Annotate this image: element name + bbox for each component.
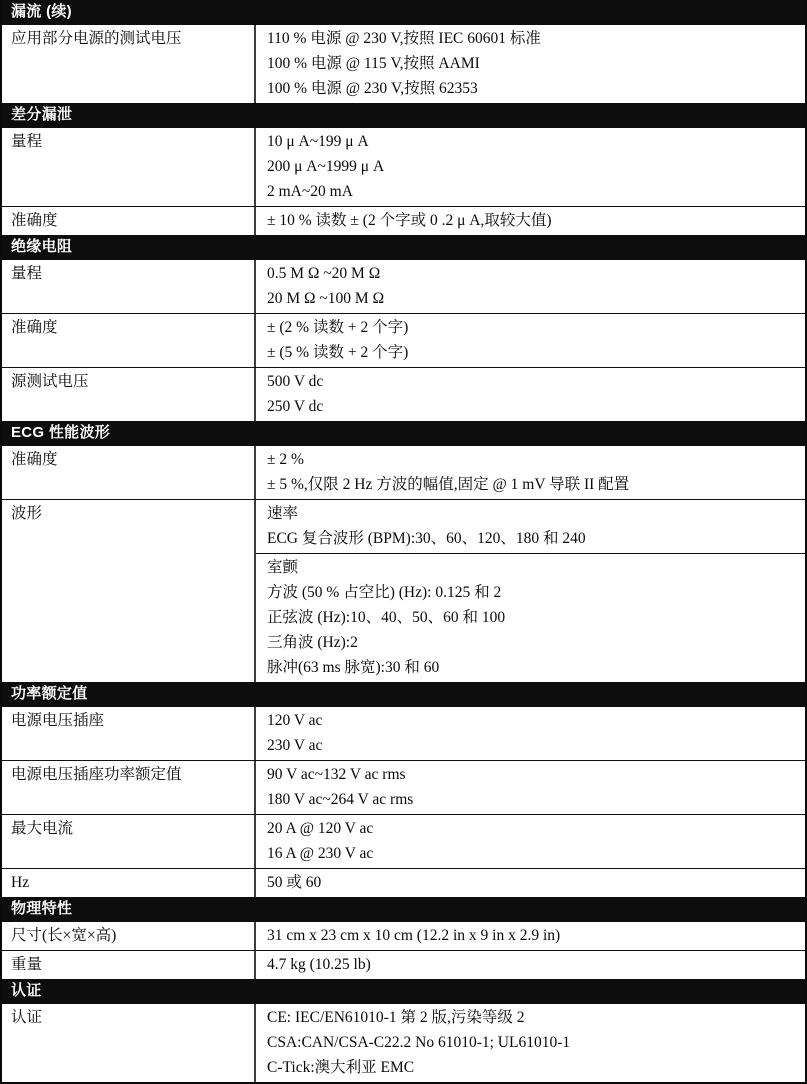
spec-label: 准确度 [11, 208, 246, 233]
value-line: 三角波 (Hz):2 [267, 630, 797, 655]
value-line: 110 % 电源 @ 230 V,按照 IEC 60601 标准 [267, 26, 797, 51]
table-row: 波形速率ECG 复合波形 (BPM):30、60、120、180 和 240室颤… [2, 499, 805, 682]
spec-label-cell: 最大电流 [2, 815, 256, 868]
value-line: ± (5 % 读数 + 2 个字) [267, 340, 797, 365]
table-row: 电源电压插座功率额定值90 V ac~132 V ac rms180 V ac~… [2, 760, 805, 814]
value-line: ± 2 % [267, 447, 797, 472]
spec-label: 认证 [11, 1005, 246, 1030]
section-header: 漏流 (续) [2, 0, 805, 25]
table-row: 尺寸(长×宽×高)31 cm x 23 cm x 10 cm (12.2 in … [2, 922, 805, 950]
table-row: 最大电流20 A @ 120 V ac16 A @ 230 V ac [2, 814, 805, 868]
value-line: 180 V ac~264 V ac rms [267, 787, 797, 812]
value-line: 16 A @ 230 V ac [267, 841, 797, 866]
value-line: ± (2 % 读数 + 2 个字) [267, 315, 797, 340]
value-line: 20 M Ω ~100 M Ω [267, 286, 797, 311]
spec-value-cell: CE: IEC/EN61010-1 第 2 版,污染等级 2CSA:CAN/CS… [256, 1004, 805, 1082]
value-line: ± 10 % 读数 ± (2 个字或 0 .2 μ A,取较大值) [267, 208, 797, 233]
spec-label-cell: 应用部分电源的测试电压 [2, 25, 256, 103]
value-group: 90 V ac~132 V ac rms180 V ac~264 V ac rm… [256, 761, 805, 814]
value-line: 230 V ac [267, 733, 797, 758]
table-row: 准确度± (2 % 读数 + 2 个字)± (5 % 读数 + 2 个字) [2, 313, 805, 367]
value-group: ± 2 %± 5 %,仅限 2 Hz 方波的幅值,固定 @ 1 mV 导联 II… [256, 446, 805, 499]
spec-label: Hz [11, 870, 246, 895]
table-row: 准确度± 2 %± 5 %,仅限 2 Hz 方波的幅值,固定 @ 1 mV 导联… [2, 446, 805, 499]
spec-label-cell: 电源电压插座 [2, 707, 256, 760]
value-line: ECG 复合波形 (BPM):30、60、120、180 和 240 [267, 526, 797, 551]
value-group: 20 A @ 120 V ac16 A @ 230 V ac [256, 815, 805, 868]
spec-label-cell: 重量 [2, 951, 256, 979]
value-line: C-Tick:澳大利亚 EMC [267, 1055, 797, 1080]
section-header: 绝缘电阻 [2, 235, 805, 260]
spec-label: 电源电压插座 [11, 708, 246, 733]
spec-value-cell: 0.5 M Ω ~20 M Ω20 M Ω ~100 M Ω [256, 260, 805, 313]
value-line: 90 V ac~132 V ac rms [267, 762, 797, 787]
value-group: 500 V dc250 V dc [256, 368, 805, 421]
value-line: 室颤 [267, 555, 797, 580]
value-line: CE: IEC/EN61010-1 第 2 版,污染等级 2 [267, 1005, 797, 1030]
value-line: 31 cm x 23 cm x 10 cm (12.2 in x 9 in x … [267, 923, 797, 948]
spec-value-cell: ± 2 %± 5 %,仅限 2 Hz 方波的幅值,固定 @ 1 mV 导联 II… [256, 446, 805, 499]
spec-value-cell: 10 μ A~199 μ A200 μ A~1999 μ A2 mA~20 mA [256, 128, 805, 206]
spec-label-cell: 量程 [2, 128, 256, 206]
spec-label-cell: 波形 [2, 500, 256, 682]
spec-label-cell: 认证 [2, 1004, 256, 1082]
spec-label: 波形 [11, 501, 246, 526]
value-group: ± (2 % 读数 + 2 个字)± (5 % 读数 + 2 个字) [256, 314, 805, 367]
value-line: 2 mA~20 mA [267, 179, 797, 204]
spec-label: 应用部分电源的测试电压 [11, 26, 246, 51]
section-header: 物理特性 [2, 897, 805, 922]
value-line: 100 % 电源 @ 230 V,按照 62353 [267, 76, 797, 101]
value-line: 速率 [267, 501, 797, 526]
spec-value-cell: 速率ECG 复合波形 (BPM):30、60、120、180 和 240室颤方波… [256, 500, 805, 682]
spec-sheet-page: 漏流 (续)应用部分电源的测试电压110 % 电源 @ 230 V,按照 IEC… [0, 0, 807, 1084]
spec-value-cell: ± (2 % 读数 + 2 个字)± (5 % 读数 + 2 个字) [256, 314, 805, 367]
value-line: 50 或 60 [267, 870, 797, 895]
value-line: 120 V ac [267, 708, 797, 733]
value-group: 0.5 M Ω ~20 M Ω20 M Ω ~100 M Ω [256, 260, 805, 313]
spec-label: 准确度 [11, 315, 246, 340]
section-header: 功率额定值 [2, 682, 805, 707]
spec-label: 准确度 [11, 447, 246, 472]
spec-value-cell: ± 10 % 读数 ± (2 个字或 0 .2 μ A,取较大值) [256, 207, 805, 235]
table-row: 重量4.7 kg (10.25 lb) [2, 950, 805, 979]
spec-label-cell: Hz [2, 869, 256, 897]
section-header: 差分漏泄 [2, 103, 805, 128]
value-line: 200 μ A~1999 μ A [267, 154, 797, 179]
spec-label-cell: 准确度 [2, 446, 256, 499]
value-group: CE: IEC/EN61010-1 第 2 版,污染等级 2CSA:CAN/CS… [256, 1004, 805, 1082]
table-row: 量程0.5 M Ω ~20 M Ω20 M Ω ~100 M Ω [2, 260, 805, 313]
value-group: 10 μ A~199 μ A200 μ A~1999 μ A2 mA~20 mA [256, 128, 805, 206]
table-row: 认证CE: IEC/EN61010-1 第 2 版,污染等级 2CSA:CAN/… [2, 1004, 805, 1082]
table-row: 电源电压插座120 V ac230 V ac [2, 707, 805, 760]
spec-label-cell: 源测试电压 [2, 368, 256, 421]
value-group: 室颤方波 (50 % 占空比) (Hz): 0.125 和 2正弦波 (Hz):… [256, 553, 805, 682]
value-group: 120 V ac230 V ac [256, 707, 805, 760]
spec-label: 电源电压插座功率额定值 [11, 762, 246, 787]
value-group: 速率ECG 复合波形 (BPM):30、60、120、180 和 240 [256, 500, 805, 553]
value-line: 250 V dc [267, 394, 797, 419]
value-group: ± 10 % 读数 ± (2 个字或 0 .2 μ A,取较大值) [256, 207, 805, 235]
spec-label: 量程 [11, 129, 246, 154]
spec-label: 最大电流 [11, 816, 246, 841]
spec-label-cell: 量程 [2, 260, 256, 313]
value-group: 31 cm x 23 cm x 10 cm (12.2 in x 9 in x … [256, 922, 805, 950]
value-line: ± 5 %,仅限 2 Hz 方波的幅值,固定 @ 1 mV 导联 II 配置 [267, 472, 797, 497]
value-line: 10 μ A~199 μ A [267, 129, 797, 154]
spec-table: 漏流 (续)应用部分电源的测试电压110 % 电源 @ 230 V,按照 IEC… [2, 0, 805, 1082]
spec-label-cell: 准确度 [2, 207, 256, 235]
table-row: Hz50 或 60 [2, 868, 805, 897]
spec-value-cell: 4.7 kg (10.25 lb) [256, 951, 805, 979]
spec-label: 尺寸(长×宽×高) [11, 923, 246, 948]
section-header: ECG 性能波形 [2, 421, 805, 446]
value-line: 脉冲(63 ms 脉宽):30 和 60 [267, 655, 797, 680]
table-row: 应用部分电源的测试电压110 % 电源 @ 230 V,按照 IEC 60601… [2, 25, 805, 103]
spec-label-cell: 准确度 [2, 314, 256, 367]
spec-label: 源测试电压 [11, 369, 246, 394]
spec-value-cell: 31 cm x 23 cm x 10 cm (12.2 in x 9 in x … [256, 922, 805, 950]
table-row: 源测试电压500 V dc250 V dc [2, 367, 805, 421]
value-line: 100 % 电源 @ 115 V,按照 AAMI [267, 51, 797, 76]
spec-value-cell: 50 或 60 [256, 869, 805, 897]
value-group: 4.7 kg (10.25 lb) [256, 951, 805, 979]
value-line: 正弦波 (Hz):10、40、50、60 和 100 [267, 605, 797, 630]
spec-value-cell: 120 V ac230 V ac [256, 707, 805, 760]
spec-value-cell: 90 V ac~132 V ac rms180 V ac~264 V ac rm… [256, 761, 805, 814]
spec-label: 重量 [11, 952, 246, 977]
spec-label-cell: 电源电压插座功率额定值 [2, 761, 256, 814]
value-group: 110 % 电源 @ 230 V,按照 IEC 60601 标准100 % 电源… [256, 25, 805, 103]
value-group: 50 或 60 [256, 869, 805, 897]
spec-value-cell: 110 % 电源 @ 230 V,按照 IEC 60601 标准100 % 电源… [256, 25, 805, 103]
spec-label: 量程 [11, 261, 246, 286]
value-line: 4.7 kg (10.25 lb) [267, 952, 797, 977]
table-row: 准确度± 10 % 读数 ± (2 个字或 0 .2 μ A,取较大值) [2, 206, 805, 235]
value-line: 方波 (50 % 占空比) (Hz): 0.125 和 2 [267, 580, 797, 605]
spec-label-cell: 尺寸(长×宽×高) [2, 922, 256, 950]
value-line: CSA:CAN/CSA-C22.2 No 61010-1; UL61010-1 [267, 1030, 797, 1055]
table-row: 量程10 μ A~199 μ A200 μ A~1999 μ A2 mA~20 … [2, 128, 805, 206]
value-line: 20 A @ 120 V ac [267, 816, 797, 841]
section-header: 认证 [2, 979, 805, 1004]
spec-value-cell: 500 V dc250 V dc [256, 368, 805, 421]
value-line: 500 V dc [267, 369, 797, 394]
value-line: 0.5 M Ω ~20 M Ω [267, 261, 797, 286]
spec-value-cell: 20 A @ 120 V ac16 A @ 230 V ac [256, 815, 805, 868]
